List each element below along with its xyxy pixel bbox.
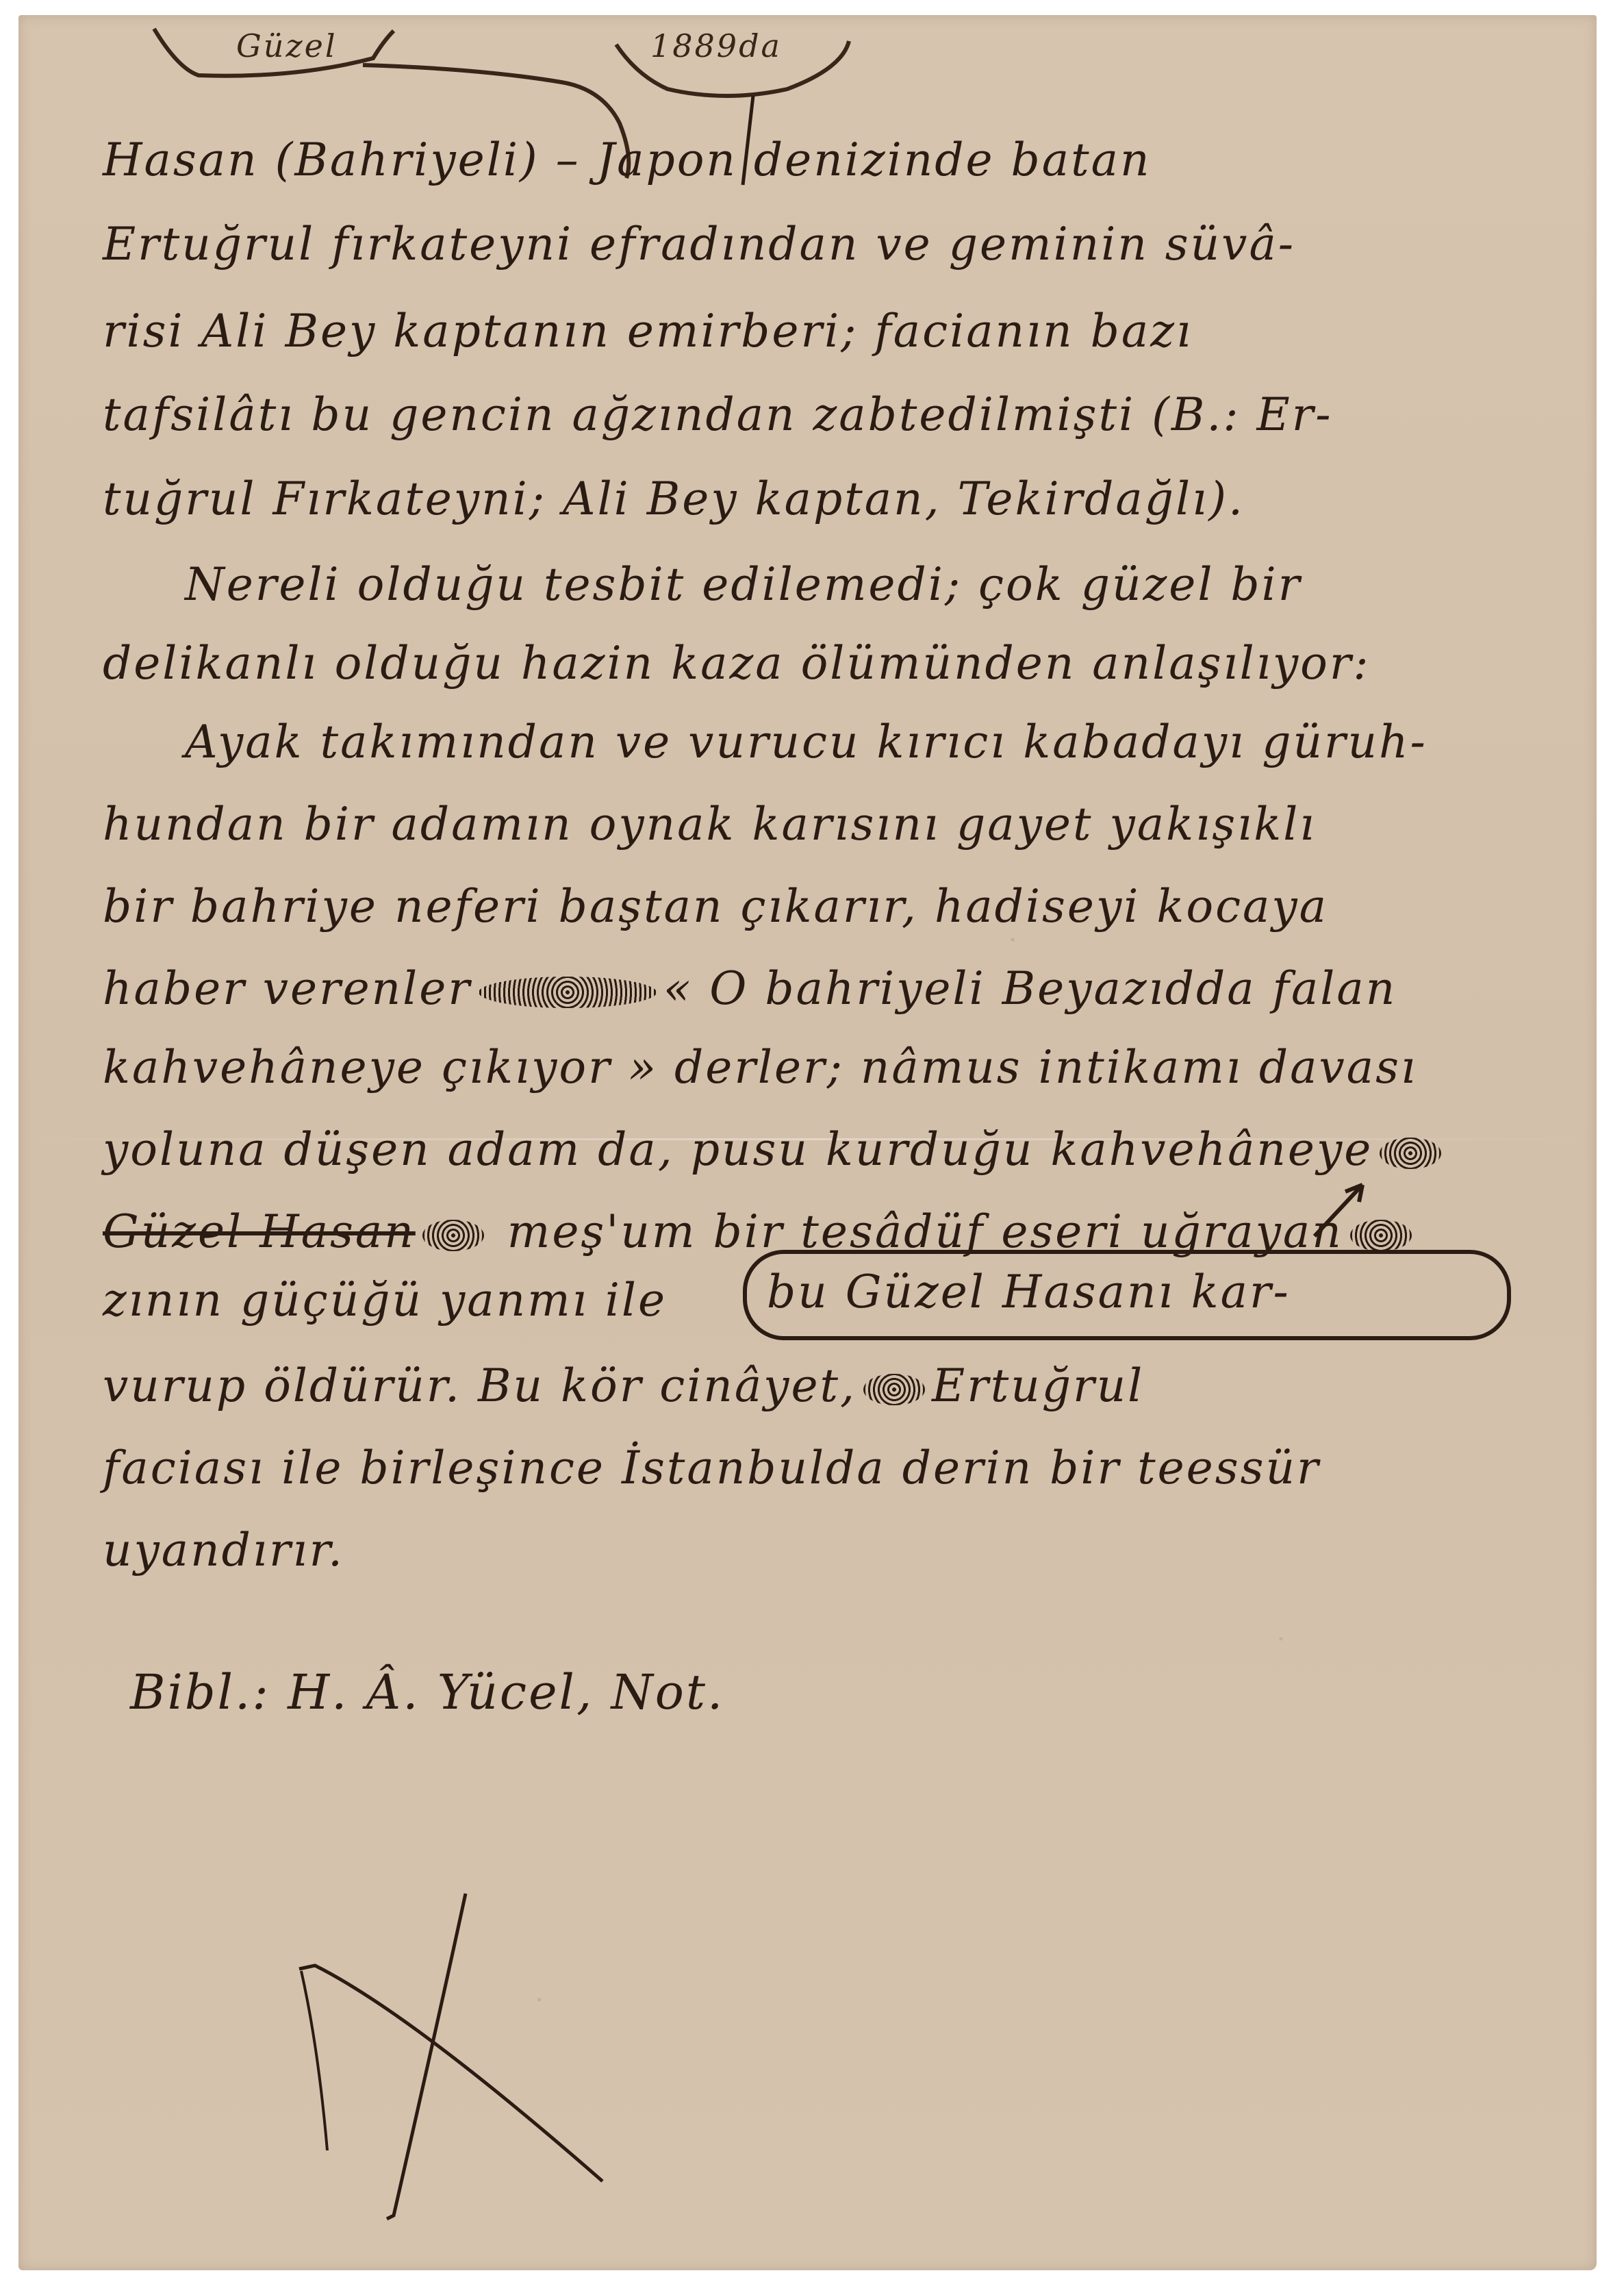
text-line-2: Ertuğrul fırkateyni efradından ve gemini… <box>103 218 1295 271</box>
text-line-9: hundan bir adamın oynak karısını gayet y… <box>103 798 1316 851</box>
text-line-1: Hasan (Bahriyeli) – Japon denizinde bata… <box>103 134 1152 186</box>
text-line-4: tafsilâtı bu gencin ağzından zabtedilmiş… <box>103 388 1333 441</box>
text-line-6: Nereli olduğu tesbit edilemedi; çok güze… <box>185 558 1302 611</box>
text-line-13: yoluna düşen adam da, pusu kurduğu kahve… <box>103 1123 1448 1176</box>
text-line-8: Ayak takımından ve vurucu kırıcı kabaday… <box>185 716 1428 768</box>
circled-insertion-text: bu Güzel Hasanı kar- <box>767 1266 1291 1318</box>
text-line-16: vurup öldürür. Bu kör cinâyet,Ertuğrul <box>103 1359 1144 1412</box>
text-line-12: kahvehâneye çıkıyor » derler; nâmus inti… <box>103 1041 1417 1094</box>
text-line-11-start: haber verenler <box>103 962 472 1015</box>
text-line-15: zının güçüğü yanmı ile <box>103 1274 667 1327</box>
text-line-18: uyandırır. <box>103 1524 344 1577</box>
annotation-guzel: Güzel <box>236 27 338 64</box>
text-line-11: haber verenler« O bahriyeli Beyazıdda fa… <box>103 962 1397 1015</box>
crossed-out-scribble <box>422 1220 484 1251</box>
bibliography: Bibl.: H. Â. Yücel, Not. <box>130 1664 724 1720</box>
text-line-17: faciası ile birleşince İstanbulda derin … <box>103 1442 1321 1494</box>
crossed-out-scribble <box>1380 1138 1441 1169</box>
annotation-year: 1889da <box>650 27 782 64</box>
crossed-out-scribble <box>1350 1220 1412 1251</box>
text-line-7: delikanlı olduğu hazin kaza ölümünden an… <box>103 637 1371 690</box>
text-line-10: bir bahriye neferi baştan çıkarır, hadis… <box>103 880 1328 933</box>
text-line-16-text: vurup öldürür. Bu kör cinâyet, <box>103 1359 857 1412</box>
text-line-3: risi Ali Bey kaptanın emirberi; facianın… <box>103 305 1193 357</box>
text-line-11-end: « O bahriyeli Beyazıdda falan <box>663 962 1397 1015</box>
text-line-5: tuğrul Fırkateyni; Ali Bey kaptan, Tekir… <box>103 473 1245 525</box>
text-line-13-text: yoluna düşen adam da, pusu kurduğu kahve… <box>103 1123 1373 1176</box>
crossed-out-scribble <box>479 977 657 1008</box>
text-line-16-end: Ertuğrul <box>932 1359 1144 1412</box>
struck-text-guzel-hasan: Güzel Hasan <box>103 1205 416 1258</box>
crossed-out-scribble <box>863 1374 925 1405</box>
